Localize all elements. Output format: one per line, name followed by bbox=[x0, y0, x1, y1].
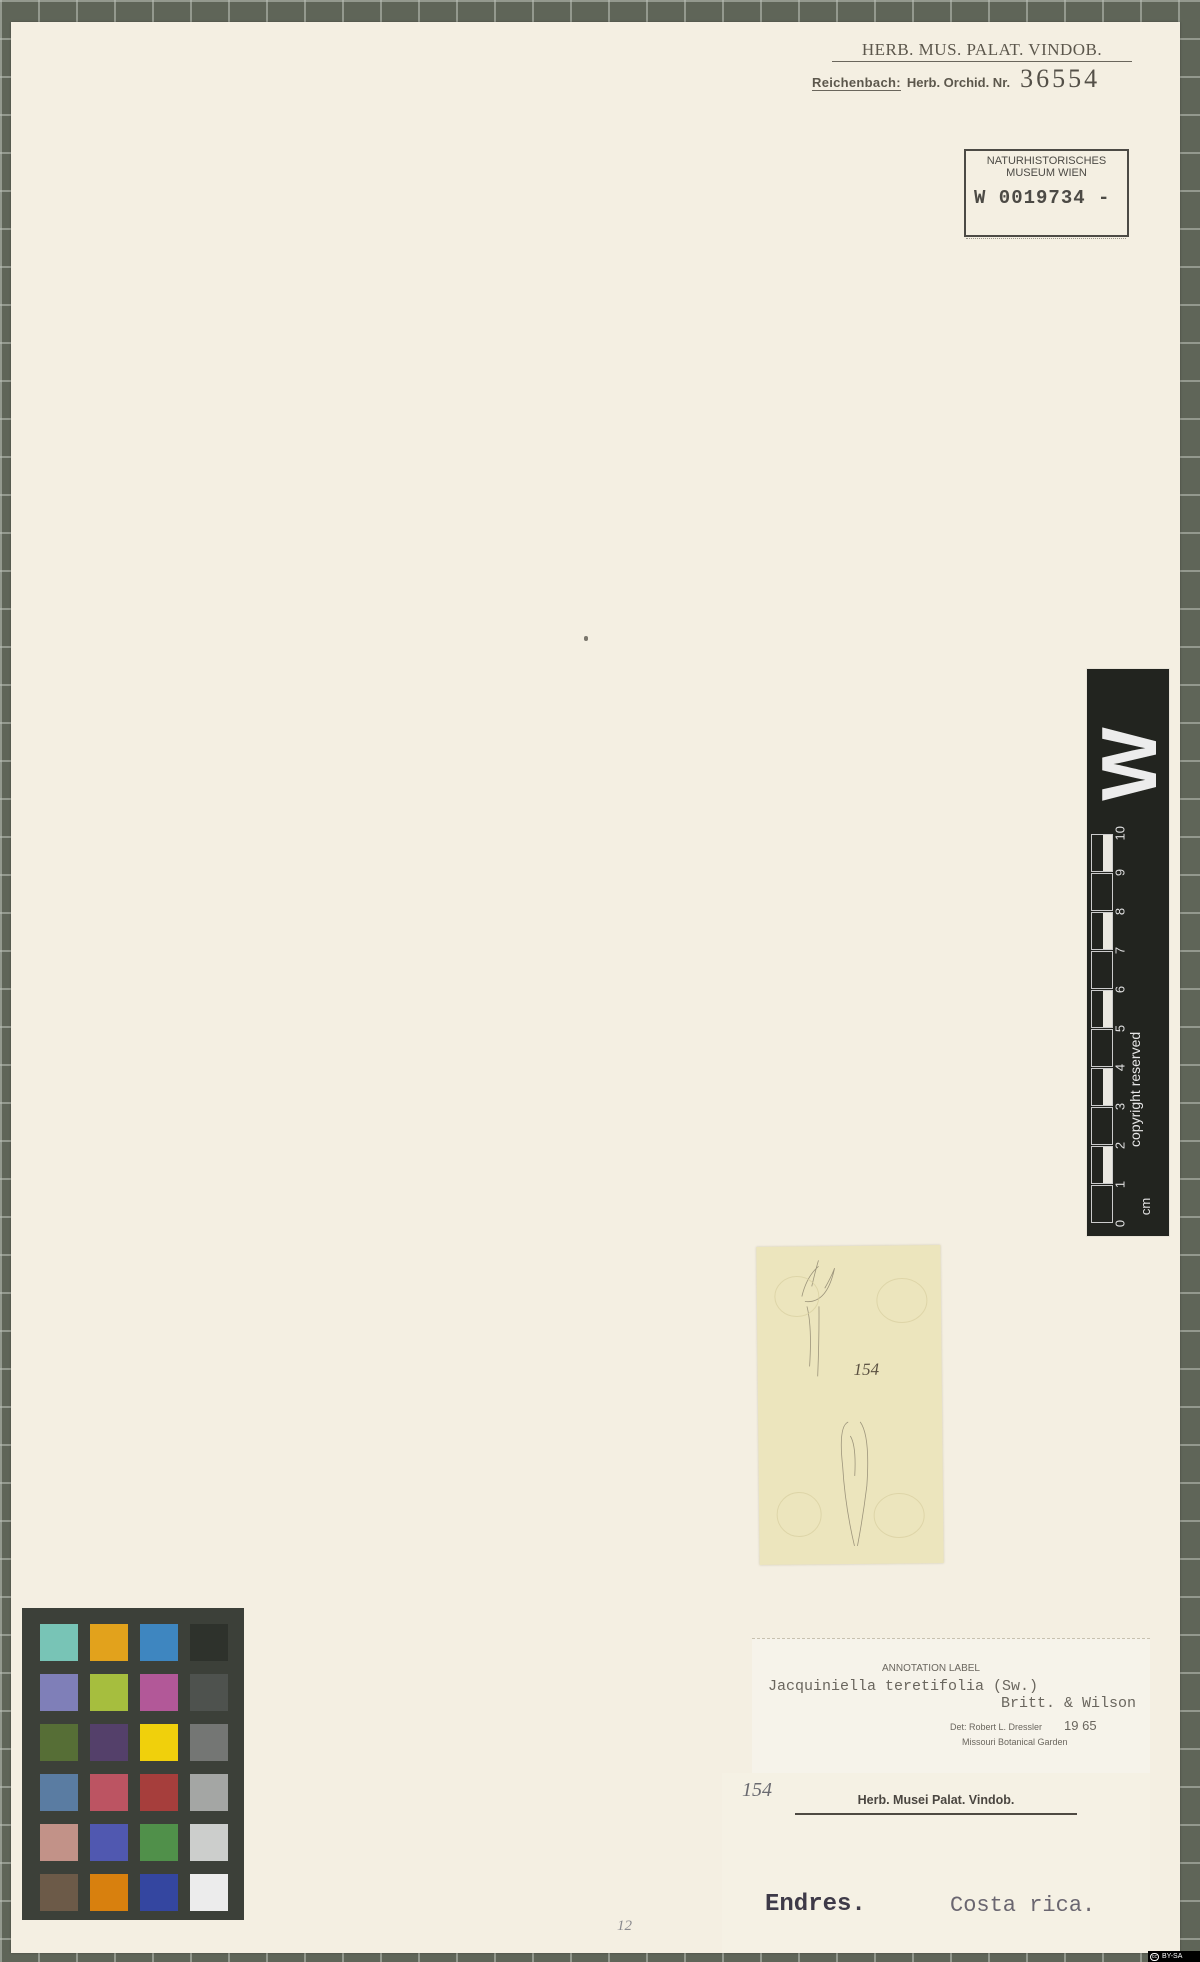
scale-segment bbox=[1091, 1068, 1113, 1106]
museum-stamp: NATURHISTORISCHES MUSEUM WIEN W 0019734 … bbox=[964, 149, 1129, 237]
color-swatch bbox=[90, 1824, 128, 1861]
cc-icon: cc bbox=[1150, 1953, 1159, 1961]
annotation-label: ANNOTATION LABEL Jacquiniella teretifoli… bbox=[752, 1638, 1150, 1774]
color-swatch bbox=[40, 1624, 78, 1661]
scale-tick-label: 10 bbox=[1113, 827, 1128, 841]
collector: Endres. bbox=[765, 1891, 866, 1918]
scale-segment bbox=[1091, 990, 1113, 1028]
scale-segment bbox=[1091, 1029, 1113, 1067]
museum-name-line1: NATURHISTORISCHES bbox=[966, 155, 1127, 167]
collection-name: Reichenbach: bbox=[812, 75, 901, 91]
color-swatch bbox=[90, 1624, 128, 1661]
determiner: Det: Robert L. Dressler bbox=[950, 1722, 1042, 1732]
collection-label: Herb. Orchid. Nr. bbox=[907, 75, 1010, 90]
color-swatch bbox=[90, 1674, 128, 1711]
color-swatch bbox=[140, 1824, 178, 1861]
collection-number: 36554 bbox=[1020, 64, 1100, 94]
species-name: Jacquiniella teretifolia (Sw.) bbox=[768, 1678, 1150, 1695]
sketch-drawing-icon bbox=[756, 1245, 943, 1565]
debris-speck bbox=[584, 636, 588, 641]
color-swatch bbox=[190, 1724, 228, 1761]
scale-segments bbox=[1091, 834, 1113, 1224]
herbarium-title: HERB. MUS. PALAT. VINDOB. bbox=[832, 40, 1132, 62]
copyright-text: copyright reserved bbox=[1127, 989, 1153, 1189]
locality: Costa rica. bbox=[950, 1893, 1095, 1918]
color-swatch bbox=[190, 1774, 228, 1811]
museum-name-line2: MUSEUM WIEN bbox=[966, 167, 1127, 179]
color-swatch bbox=[90, 1724, 128, 1761]
herbarium-label: 154 Herb. Musei Palat. Vindob. Endres. C… bbox=[722, 1773, 1150, 1953]
label-heading: Herb. Musei Palat. Vindob. bbox=[795, 1793, 1077, 1815]
color-swatch bbox=[190, 1824, 228, 1861]
label-number: 154 bbox=[742, 1779, 772, 1802]
scale-tick-label: 2 bbox=[1113, 1139, 1128, 1153]
annotation-title: ANNOTATION LABEL bbox=[712, 1663, 1150, 1674]
scale-tick-label: 6 bbox=[1113, 983, 1128, 997]
scale-segment bbox=[1091, 1185, 1113, 1223]
scale-tick-label: 4 bbox=[1113, 1061, 1128, 1075]
color-swatch bbox=[190, 1674, 228, 1711]
scale-segment bbox=[1091, 834, 1113, 872]
determination-year: 19 65 bbox=[1064, 1718, 1097, 1733]
color-swatch bbox=[90, 1774, 128, 1811]
scale-tick-label: 5 bbox=[1113, 1022, 1128, 1036]
scale-tick-label: 1 bbox=[1113, 1178, 1128, 1192]
color-swatch bbox=[40, 1774, 78, 1811]
stamp-underline bbox=[966, 238, 1126, 242]
scale-tick-label: 8 bbox=[1113, 905, 1128, 919]
color-swatch bbox=[140, 1774, 178, 1811]
color-swatch bbox=[40, 1874, 78, 1911]
scale-tick-label: 3 bbox=[1113, 1100, 1128, 1114]
color-swatch bbox=[140, 1624, 178, 1661]
scale-segment bbox=[1091, 1107, 1113, 1145]
scale-segment bbox=[1091, 873, 1113, 911]
color-calibration-chart bbox=[22, 1608, 244, 1920]
header-stamp: HERB. MUS. PALAT. VINDOB. Reichenbach: H… bbox=[812, 40, 1172, 94]
license-badge: cc BY-SA bbox=[1148, 1951, 1200, 1962]
museum-logo: W bbox=[1074, 736, 1184, 792]
scale-tick-labels: 012345678910 bbox=[1113, 834, 1127, 1224]
scale-segment bbox=[1091, 951, 1113, 989]
scale-tick-label: 0 bbox=[1113, 1217, 1128, 1231]
scale-segment bbox=[1091, 912, 1113, 950]
scale-unit: cm bbox=[1138, 1198, 1153, 1215]
color-swatch bbox=[90, 1874, 128, 1911]
scale-bar: W copyright reserved 012345678910 cm bbox=[1086, 668, 1170, 1237]
scale-tick-label: 9 bbox=[1113, 866, 1128, 880]
color-swatch bbox=[190, 1624, 228, 1661]
pencil-mark: 12 bbox=[617, 1918, 632, 1935]
color-swatch bbox=[140, 1724, 178, 1761]
license-text: BY-SA bbox=[1162, 1953, 1182, 1960]
specimen-barcode: W 0019734 - bbox=[974, 187, 1127, 209]
determiner-line: Det: Robert L. Dressler 19 65 bbox=[950, 1718, 1150, 1733]
color-swatch bbox=[40, 1724, 78, 1761]
color-swatch bbox=[140, 1874, 178, 1911]
institution: Missouri Botanical Garden bbox=[962, 1737, 1150, 1747]
color-swatch bbox=[140, 1674, 178, 1711]
packet-number: 154 bbox=[854, 1360, 880, 1380]
color-swatch bbox=[190, 1874, 228, 1911]
scale-tick-label: 7 bbox=[1113, 944, 1128, 958]
color-swatch bbox=[40, 1824, 78, 1861]
orchid-herbarium-number: Reichenbach: Herb. Orchid. Nr. 36554 bbox=[812, 64, 1172, 94]
species-authority: Britt. & Wilson bbox=[752, 1695, 1136, 1712]
color-swatch bbox=[40, 1674, 78, 1711]
scale-segment bbox=[1091, 1146, 1113, 1184]
fragment-packet: 154 bbox=[756, 1245, 943, 1565]
